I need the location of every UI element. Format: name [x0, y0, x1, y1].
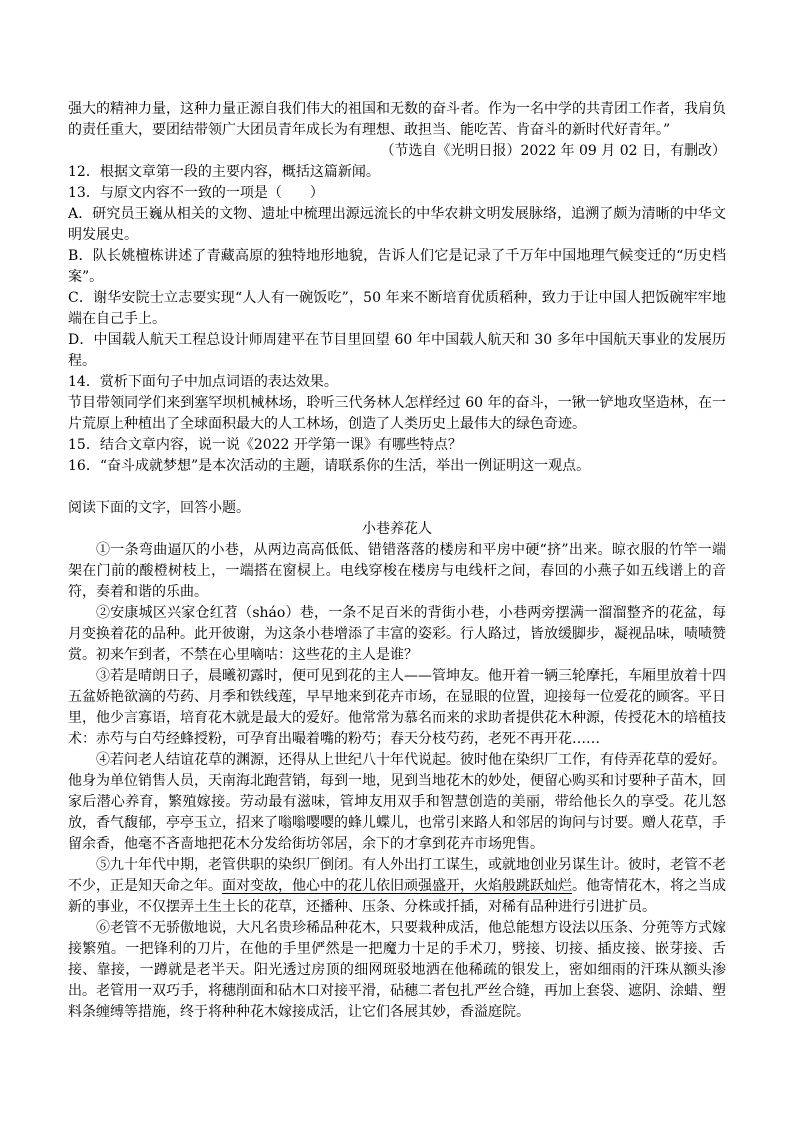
question-16: 16．“奋斗成就梦想”是本次活动的主题，请联系你的生活，举出一例证明这一观点。 [68, 456, 726, 477]
question-15: 15．结合文章内容，说一说《2022 开学第一课》有哪些特点？ [68, 435, 726, 456]
reading-paragraph-6: ⑥老管不无骄傲地说，大凡名贵珍稀品种花木，只要栽种成活，他总能想方设法以压条、分… [68, 918, 726, 1023]
page-content: 强大的精神力量，这种力量正源自我们伟大的祖国和无数的奋斗者。作为一名中学的共青团… [68, 99, 726, 1023]
reading-title: 小巷养花人 [68, 519, 726, 540]
reading-paragraph-1: ①一条弯曲逼仄的小巷，从两边高高低低、错错落落的楼房和平房中硬“挤”出来。晾衣服… [68, 540, 726, 603]
reading-paragraph-2: ②安康城区兴家仓红苕（sháo）巷，一条不足百米的背街小巷，小巷两旁摆满一溜溜整… [68, 603, 726, 666]
question-14: 14．赏析下面句子中加点词语的表达效果。 [68, 372, 726, 393]
question-13-option-b: B．队长姚檀栋讲述了青藏高原的独特地形地貌，告诉人们它是记录了千万年中国地理气候… [68, 246, 726, 288]
question-13: 13．与原文内容不一致的一项是（ ） [68, 183, 726, 204]
reading-instruction: 阅读下面的文字，回答小题。 [68, 498, 726, 519]
paragraph-5-underlined-sentence: 面对变故，他心中的花儿依旧顽强盛开，火焰般跳跃灿烂 [222, 878, 572, 894]
news-source-line: （节选自《光明日报）2022 年 09 月 02 日，有删改） [68, 141, 726, 162]
reading-paragraph-4: ④若问老人结谊花草的渊源，还得从上世纪八十年代说起。彼时他在染织厂工作，有侍弄花… [68, 750, 726, 855]
blank-line [68, 477, 726, 498]
reading-paragraph-3: ③若是晴朗日子，晨曦初露时，便可见到花的主人——管坤友。他开着一辆三轮摩托，车厢… [68, 666, 726, 750]
question-13-option-d: D．中国载人航天工程总设计师周建平在节目里回望 60 年中国载人航天和 30 多… [68, 330, 726, 372]
question-14-quote: 节目带领同学们来到塞罕坝机械林场，聆听三代务林人怎样经过 60 年的奋斗，一锹一… [68, 393, 726, 435]
reading-paragraph-5: ⑤九十年代中期，老管供职的染织厂倒闭。有人外出打工谋生，或就地创业另谋生计。彼时… [68, 855, 726, 918]
question-13-option-c: C．谢华安院士立志要实现“人人有一碗饭吃”，50 年来不断培育优质稻种，致力于让… [68, 288, 726, 330]
question-12: 12．根据文章第一段的主要内容，概括这篇新闻。 [68, 162, 726, 183]
question-13-option-a: A．研究员王巍从相关的文物、遗址中梳理出源远流长的中华农耕文明发展脉络，追溯了颇… [68, 204, 726, 246]
exam-paper-page: 强大的精神力量，这种力量正源自我们伟大的祖国和无数的奋斗者。作为一名中学的共青团… [0, 0, 794, 1123]
news-excerpt-continuation: 强大的精神力量，这种力量正源自我们伟大的祖国和无数的奋斗者。作为一名中学的共青团… [68, 99, 726, 141]
